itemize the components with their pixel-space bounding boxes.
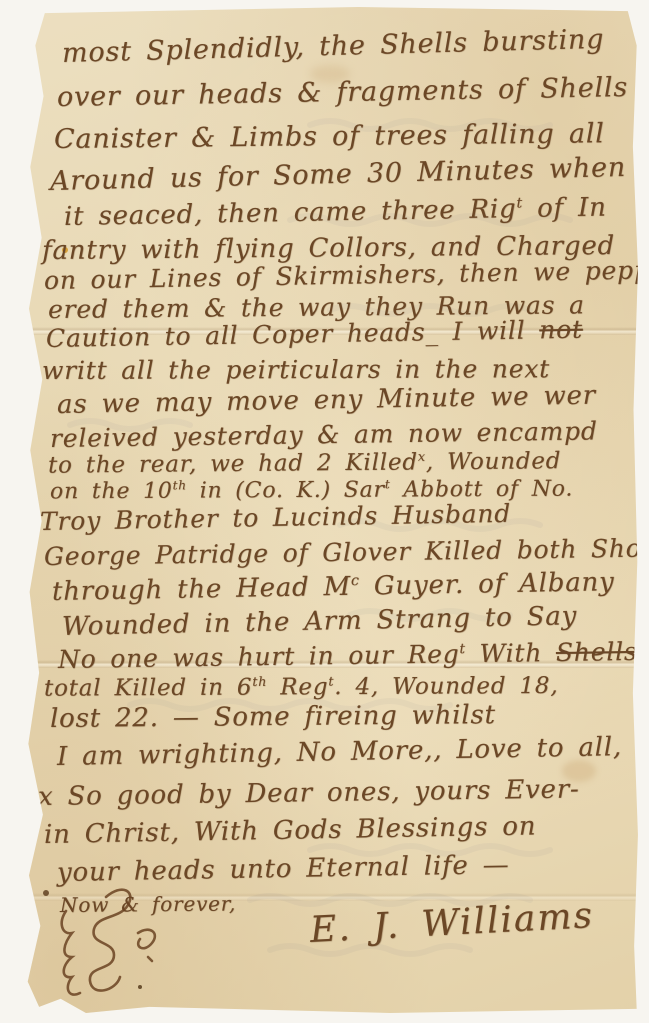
scanned-letter-page: most Splendidly, the Shells burstingover… bbox=[0, 0, 649, 1023]
paper-sheet: most Splendidly, the Shells burstingover… bbox=[10, 5, 643, 1017]
ink-flourish-scribble bbox=[10, 5, 643, 1017]
